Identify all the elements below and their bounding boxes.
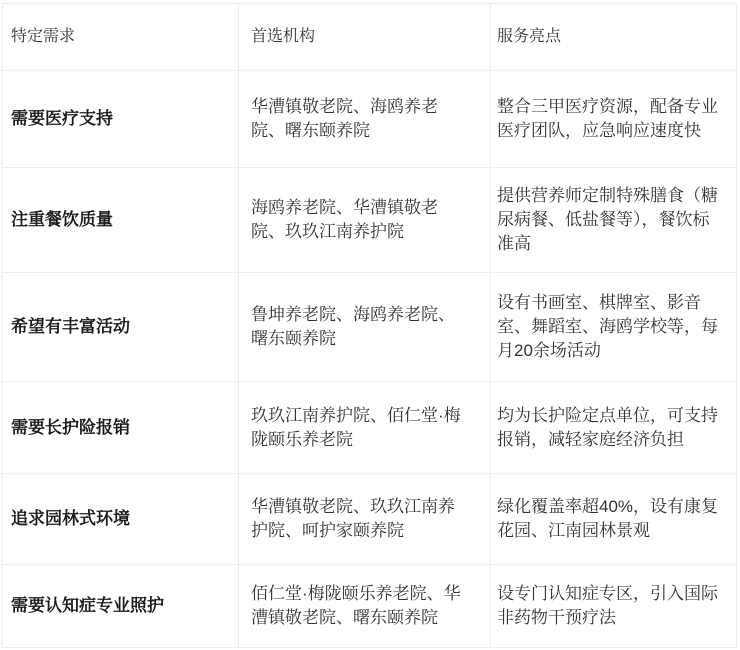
need-cell: 希望有丰富活动: [3, 273, 239, 382]
need-cell: 需要长护险报销: [3, 382, 239, 474]
column-header-highlights: 服务亮点: [491, 4, 737, 71]
highlights-cell: 均为长护险定点单位，可支持报销，减轻家庭经济负担: [491, 382, 737, 474]
institutions-cell: 佰仁堂·梅陇颐乐养老院、华漕镇敬老院、曙东颐养院: [239, 565, 491, 648]
column-header-need: 特定需求: [3, 4, 239, 71]
highlights-cell: 设有书画室、棋牌室、影音室、舞蹈室、海鸥学校等，每月20余场活动: [491, 273, 737, 382]
highlights-cell: 提供营养师定制特殊膳食（糖尿病餐、低盐餐等），餐饮标准高: [491, 168, 737, 273]
institutions-cell: 华漕镇敬老院、海鸥养老院、曙东颐养院: [239, 71, 491, 168]
header-row: 特定需求 首选机构 服务亮点: [3, 4, 737, 71]
highlights-cell: 设专门认知症专区，引入国际非药物干预疗法: [491, 565, 737, 648]
need-cell: 需要认知症专业照护: [3, 565, 239, 648]
highlights-cell: 整合三甲医疗资源，配备专业医疗团队，应急响应速度快: [491, 71, 737, 168]
institutions-cell: 海鸥养老院、华漕镇敬老院、玖玖江南养护院: [239, 168, 491, 273]
page-background: 特定需求 首选机构 服务亮点 需要医疗支持 华漕镇敬老院、海鸥养老院、曙东颐养院…: [0, 0, 740, 650]
institutions-cell: 玖玖江南养护院、佰仁堂·梅陇颐乐养老院: [239, 382, 491, 474]
table-row-dining-quality: 注重餐饮质量 海鸥养老院、华漕镇敬老院、玖玖江南养护院 提供营养师定制特殊膳食（…: [3, 168, 737, 273]
table-row-insurance-reimbursement: 需要长护险报销 玖玖江南养护院、佰仁堂·梅陇颐乐养老院 均为长护险定点单位，可支…: [3, 382, 737, 474]
table-row-dementia-care: 需要认知症专业照护 佰仁堂·梅陇颐乐养老院、华漕镇敬老院、曙东颐养院 设专门认知…: [3, 565, 737, 648]
need-cell: 需要医疗支持: [3, 71, 239, 168]
table-row-garden-environment: 追求园林式环境 华漕镇敬老院、玖玖江南养护院、呵护家颐养院 绿化覆盖率超40%，…: [3, 474, 737, 565]
table-row-medical-support: 需要医疗支持 华漕镇敬老院、海鸥养老院、曙东颐养院 整合三甲医疗资源，配备专业医…: [3, 71, 737, 168]
need-cell: 注重餐饮质量: [3, 168, 239, 273]
need-cell: 追求园林式环境: [3, 474, 239, 565]
highlights-cell: 绿化覆盖率超40%，设有康复花园、江南园林景观: [491, 474, 737, 565]
institutions-cell: 鲁坤养老院、海鸥养老院、曙东颐养院: [239, 273, 491, 382]
table-row-rich-activities: 希望有丰富活动 鲁坤养老院、海鸥养老院、曙东颐养院 设有书画室、棋牌室、影音室、…: [3, 273, 737, 382]
institutions-cell: 华漕镇敬老院、玖玖江南养护院、呵护家颐养院: [239, 474, 491, 565]
column-header-institutions: 首选机构: [239, 4, 491, 71]
elderly-care-comparison-table: 特定需求 首选机构 服务亮点 需要医疗支持 华漕镇敬老院、海鸥养老院、曙东颐养院…: [2, 3, 737, 648]
